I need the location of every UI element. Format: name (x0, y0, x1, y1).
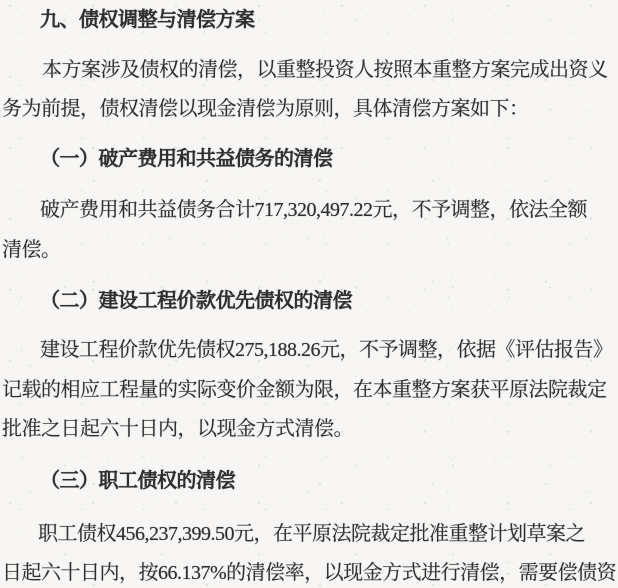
section-heading: （三）职工债权的清偿 (40, 468, 235, 494)
body-line: 批准之日起六十日内，以现金方式清偿。 (2, 416, 353, 442)
body-line: 破产费用和共益债务合计717,320,497.22元，不予调整，依法全额 (40, 197, 587, 223)
document-title: 九、债权调整与清偿方案 (40, 7, 255, 33)
body-line: 职工债权456,237,399.50元，在平原法院裁定批准重整计划草案之 (38, 521, 585, 547)
body-line: 清偿。 (2, 237, 61, 263)
section-heading: （一）破产费用和共益债务的清偿 (40, 146, 333, 172)
body-line: 日起六十日内，按66.137%的清偿率，以现金方式进行清偿，需要偿债资 (2, 560, 616, 586)
section-heading: （二）建设工程价款优先债权的清偿 (40, 288, 352, 314)
scanned-document-page: 九、债权调整与清偿方案 本方案涉及债权的清偿，以重整投资人按照本重整方案完成出资… (0, 0, 618, 588)
body-line: 本方案涉及债权的清偿，以重整投资人按照本重整方案完成出资义 (42, 57, 608, 83)
body-line: 建设工程价款优先债权275,188.26元，不予调整，依据《评估报告》 (40, 337, 613, 363)
body-line: 务为前提，债权清偿以现金清偿为原则，具体清偿方案如下： (2, 96, 529, 122)
body-line: 记载的相应工程量的实际变价金额为限，在本重整方案获平原法院裁定 (2, 377, 607, 403)
